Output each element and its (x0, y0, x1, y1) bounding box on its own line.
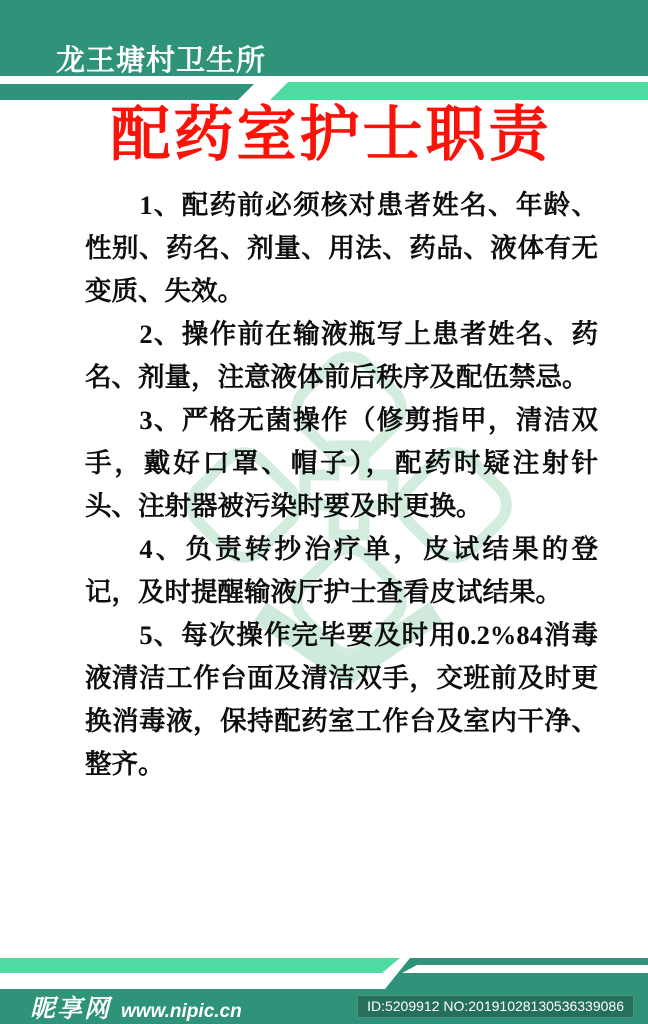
duty-item-3: 3、严格无菌操作（修剪指甲，清洁双手，戴好口罩、帽子），配药时疑注射针头、注射器… (85, 399, 598, 528)
duty-item-2: 2、操作前在输液瓶写上患者姓名、药名、剂量，注意液体前后秩序及配伍禁忌。 (85, 313, 598, 399)
header-mint-stripe (270, 82, 648, 100)
duties-list: 1、配药前必须核对患者姓名、年龄、性别、药名、剂量、用法、药品、液体有无变质、失… (85, 184, 598, 786)
site-logo-text: 昵享网 (30, 989, 111, 1024)
footer-content: 昵享网 www.nipic.cn ID:5209912 NO:201910281… (0, 989, 648, 1024)
duty-item-5: 5、每次操作完毕要及时用0.2%84消毒液清洁工作台面及清洁双手，交班前及时更换… (85, 614, 598, 786)
site-url: www.nipic.cn (121, 1001, 242, 1023)
header-band: 龙王塘村卫生所 (0, 0, 648, 76)
poster-title: 配药室护士职责 (0, 102, 648, 168)
duty-item-4: 4、负责转抄治疗单，皮试结果的登记，及时提醒输液厅护士查看皮试结果。 (85, 528, 598, 614)
image-id-badge: ID:5209912 NO:20191028130536339086 (357, 995, 634, 1018)
clinic-name: 龙王塘村卫生所 (56, 38, 266, 79)
header-left-stripe (0, 84, 254, 100)
site-branding: 昵享网 www.nipic.cn (30, 989, 242, 1024)
duty-item-1: 1、配药前必须核对患者姓名、年龄、性别、药名、剂量、用法、药品、液体有无变质、失… (85, 184, 598, 313)
footer-mint-stripe (0, 958, 400, 973)
poster-page: 龙王塘村卫生所 配药室护士职责 1、配药前必须核对患者姓名、年龄、性别、药名、剂… (0, 0, 648, 1024)
